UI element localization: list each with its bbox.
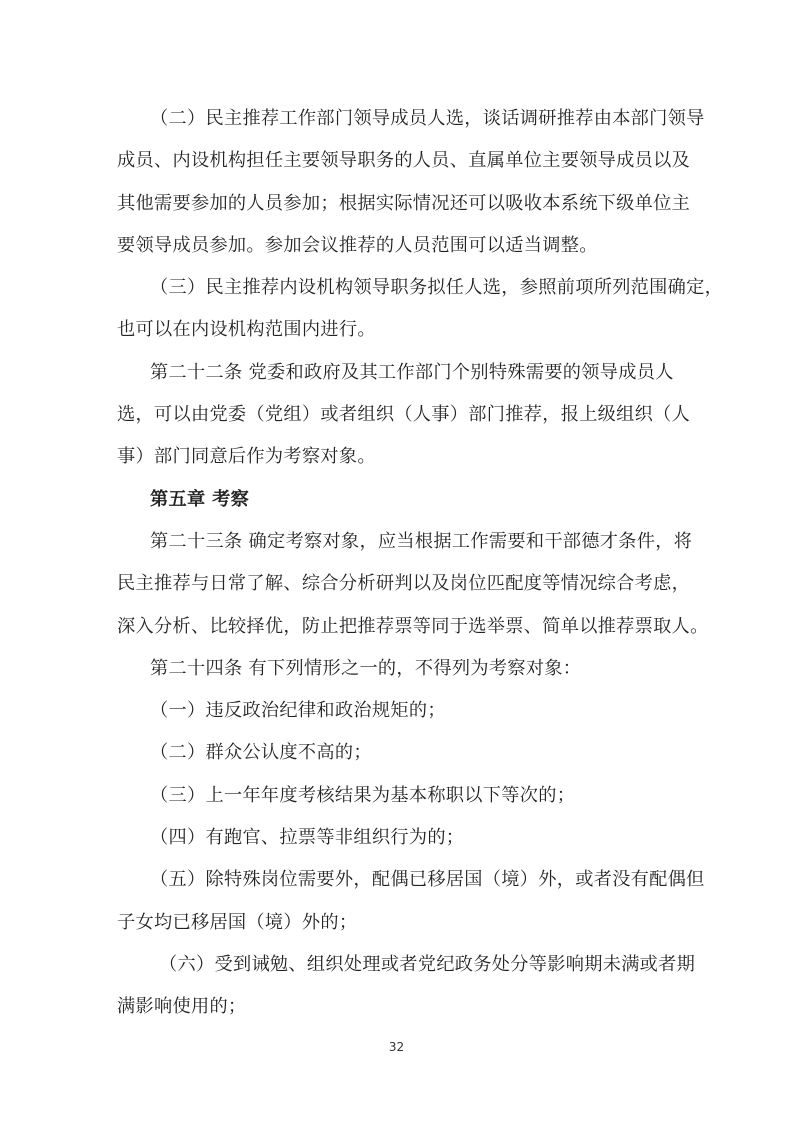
list-item: （三）上一年年度考核结果为基本称职以下等次的； (117, 775, 677, 817)
list-item: （一）违反政治纪律和政治规矩的； (117, 690, 677, 732)
chapter-heading: 第五章 考察 (117, 479, 677, 521)
article-23-line: 第二十三条 确定考察对象，应当根据工作需要和干部德才条件，将 (117, 521, 677, 563)
list-item: （六）受到诫勉、组织处理或者党纪政务处分等影响期未满或者期 (117, 944, 677, 986)
paragraph-line: 民主推荐与日常了解、综合分析研判以及岗位匹配度等情况综合考虑， (117, 563, 677, 605)
list-item: （五）除特殊岗位需要外，配偶已移居国（境）外，或者没有配偶但 (117, 859, 677, 901)
paragraph-line: （二）民主推荐工作部门领导成员人选，谈话调研推荐由本部门领导 (117, 98, 677, 140)
paragraph-line: 深入分析、比较择优，防止把推荐票等同于选举票、简单以推荐票取人。 (117, 606, 677, 648)
paragraph-line: 满影响使用的； (117, 986, 677, 1028)
paragraph-line: 事）部门同意后作为考察对象。 (117, 436, 677, 478)
article-24-line: 第二十四条 有下列情形之一的，不得列为考察对象： (117, 648, 677, 690)
paragraph-line: 选，可以由党委（党组）或者组织（人事）部门推荐，报上级组织（人 (117, 394, 677, 436)
list-item: （二）群众公认度不高的； (117, 732, 677, 774)
document-body: （二）民主推荐工作部门领导成员人选，谈话调研推荐由本部门领导 成员、内设机构担任… (117, 98, 677, 1029)
paragraph-line: 其他需要参加的人员参加；根据实际情况还可以吸收本系统下级单位主 (117, 183, 677, 225)
document-page: （二）民主推荐工作部门领导成员人选，谈话调研推荐由本部门领导 成员、内设机构担任… (117, 98, 677, 1029)
paragraph-line: 子女均已移居国（境）外的； (117, 902, 677, 944)
paragraph-line: 要领导成员参加。参加会议推荐的人员范围可以适当调整。 (117, 225, 677, 267)
list-item: （四）有跑官、拉票等非组织行为的； (117, 817, 677, 859)
article-22-line: 第二十二条 党委和政府及其工作部门个别特殊需要的领导成员人 (117, 352, 677, 394)
page-number: 32 (0, 1040, 793, 1054)
paragraph-line: 成员、内设机构担任主要领导职务的人员、直属单位主要领导成员以及 (117, 140, 677, 182)
paragraph-line: 也可以在内设机构范围内进行。 (117, 309, 677, 351)
paragraph-line: （三）民主推荐内设机构领导职务拟任人选，参照前项所列范围确定， (117, 267, 677, 309)
